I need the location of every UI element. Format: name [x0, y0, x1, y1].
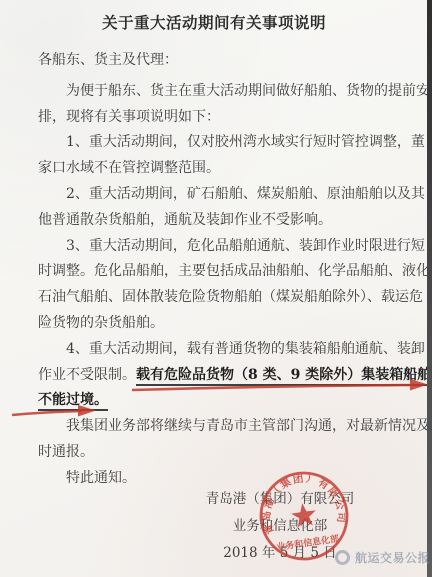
text-line: 家口水域不在管控调整范围。: [38, 156, 430, 182]
text-line: 排，现将有关事项说明如下：: [38, 105, 430, 131]
text-line-item3: 3、重大活动期间，危化品船舶通航、装卸作业时限进行短: [38, 234, 430, 260]
seal-ring-text: 青岛港（集团）有限公司: [254, 466, 350, 536]
svg-text:青岛港（集团）有限公司: 青岛港（集团）有限公司: [254, 466, 350, 536]
document-title: 关于重大活动期间有关事项说明: [0, 11, 428, 33]
text-line: 时通报。: [38, 440, 430, 466]
highlighted-restriction-text: 载有危险品货物（8 类、9 类除外）集装箱船舶，: [136, 367, 432, 386]
document-page: 关于重大活动期间有关事项说明 各船东、货主及代理： 为便于船东、货主在重大活动期…: [0, 0, 432, 577]
text-line: 时调整。危化品船舶，主要包括成品油船舶、化学品船舶、液化: [38, 259, 430, 285]
text-line-item1: 1、重大活动期间，仅对胶州湾水域实行短时管控调整，董: [38, 130, 430, 156]
text-line: 不能过境。: [38, 388, 430, 414]
text-line-item2: 2、重大活动期间，矿石船舶、煤炭船舶、原油船舶以及其: [38, 182, 430, 208]
ring-logo-icon: [335, 550, 350, 565]
text-line: 为便于船东、货主在重大活动期间做好船舶、货物的提前安: [38, 79, 430, 105]
seal-star-icon: [290, 501, 318, 528]
text-line: 我集团业务部将继续与青岛市主管部门沟通，对最新情况及: [38, 414, 430, 440]
text-line: 作业不受限制。载有危险品货物（8 类、9 类除外）集装箱船舶，: [38, 363, 430, 389]
salutation-line: 各船东、货主及代理：: [38, 48, 430, 74]
watermark-label: 航运交易公报: [355, 549, 430, 566]
text-segment: 作业不受限制。: [38, 367, 136, 383]
text-line-item4: 4、重大活动期间，载有普通货物的集装箱船舶通航、装卸: [38, 337, 430, 363]
scan-edge-shadow: [427, 0, 432, 577]
highlighted-restriction-text: 不能过境。: [38, 392, 108, 411]
document-body: 各船东、货主及代理： 为便于船东、货主在重大活动期间做好船舶、货物的提前安 排，…: [38, 48, 430, 492]
watermark: 航运交易公报: [335, 549, 430, 566]
text-line: 险货物的杂货船舶。: [38, 311, 430, 337]
text-line: 他普通散杂货船舶，通航及装卸作业不受影响。: [38, 208, 430, 234]
text-line: 石油气船舶、固体散装危险货物船舶（煤炭船舶除外）、载运危: [38, 285, 430, 311]
